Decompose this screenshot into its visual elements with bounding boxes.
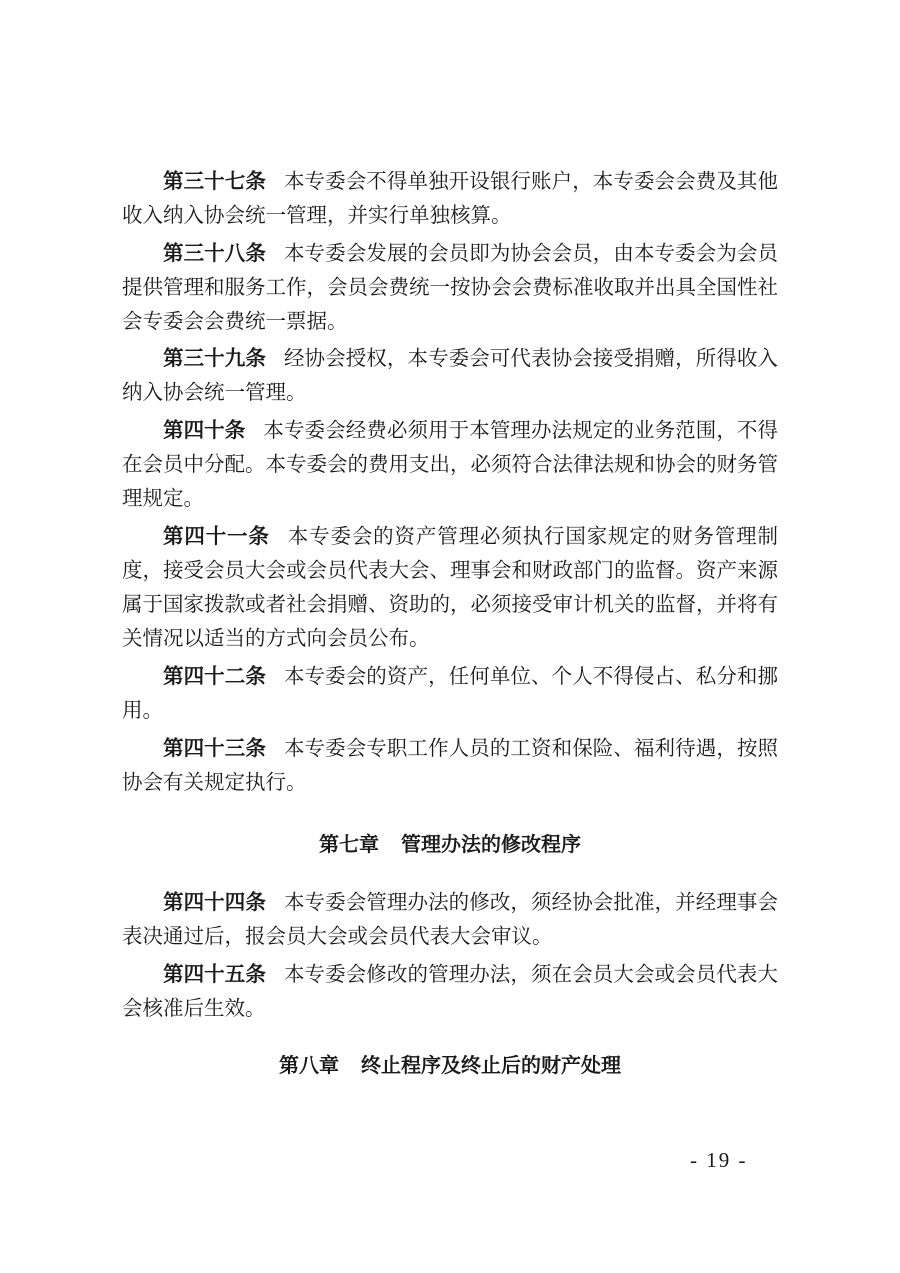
article-37-line-1: 第三十七条本专委会不得单独开设银行账户，本专委会会费及其他 <box>163 164 778 198</box>
article-44-line-2: 表决通过后，报会员大会或会员代表大会审议。 <box>122 919 778 953</box>
chapter-7-heading: 第七章管理办法的修改程序 <box>0 829 900 859</box>
article-37-line-2: 收入纳入协会统一管理，并实行单独核算。 <box>122 198 778 232</box>
article-41-line-1: 第四十一条本专委会的资产管理必须执行国家规定的财务管理制 <box>163 519 778 553</box>
article-41-line-2: 度，接受会员大会或会员代表大会、理事会和财政部门的监督。资产来源 <box>122 553 778 587</box>
chapter-8-heading: 第八章终止程序及终止后的财产处理 <box>0 1050 900 1080</box>
article-41-line-4: 关情况以适当的方式向会员公布。 <box>122 621 778 655</box>
page-number: - 19 - <box>690 1148 748 1173</box>
article-label: 第四十四条 <box>163 890 266 914</box>
article-41-line-3: 属于国家拨款或者社会捐赠、资助的，必须接受审计机关的监督，并将有 <box>122 587 778 621</box>
article-label: 第三十九条 <box>163 346 266 370</box>
article-label: 第四十条 <box>163 418 245 442</box>
article-39-line-1: 第三十九条经协会授权，本专委会可代表协会接受捐赠，所得收入 <box>163 341 778 375</box>
article-38-line-1: 第三十八条本专委会发展的会员即为协会会员，由本专委会为会员 <box>163 236 778 270</box>
article-38-line-3: 会专委会会费统一票据。 <box>122 304 778 338</box>
article-38-line-2: 提供管理和服务工作，会员会费统一按协会会费标准收取并出具全国性社 <box>122 270 778 304</box>
article-42-line-1: 第四十二条本专委会的资产，任何单位、个人不得侵占、私分和挪 <box>163 659 778 693</box>
article-45-line-1: 第四十五条本专委会修改的管理办法，须在会员大会或会员代表大 <box>163 957 778 991</box>
article-label: 第四十一条 <box>163 524 270 548</box>
article-label: 第三十八条 <box>163 241 266 265</box>
article-label: 第四十二条 <box>163 664 266 688</box>
article-39-line-2: 纳入协会统一管理。 <box>122 375 778 409</box>
article-label: 第四十三条 <box>163 736 266 760</box>
article-40-line-3: 理规定。 <box>122 481 778 515</box>
article-43-line-1: 第四十三条本专委会专职工作人员的工资和保险、福利待遇，按照 <box>163 731 778 765</box>
article-40-line-2: 在会员中分配。本专委会的费用支出，必须符合法律法规和协会的财务管 <box>122 447 778 481</box>
article-45-line-2: 会核准后生效。 <box>122 991 778 1025</box>
document-page: 第三十七条本专委会不得单独开设银行账户，本专委会会费及其他 收入纳入协会统一管理… <box>0 0 900 1273</box>
article-40-line-1: 第四十条本专委会经费必须用于本管理办法规定的业务范围，不得 <box>163 413 778 447</box>
article-label: 第四十五条 <box>163 962 266 986</box>
article-43-line-2: 协会有关规定执行。 <box>122 765 778 799</box>
article-42-line-2: 用。 <box>122 693 778 727</box>
article-44-line-1: 第四十四条本专委会管理办法的修改，须经协会批准，并经理事会 <box>163 885 778 919</box>
article-label: 第三十七条 <box>163 169 266 193</box>
